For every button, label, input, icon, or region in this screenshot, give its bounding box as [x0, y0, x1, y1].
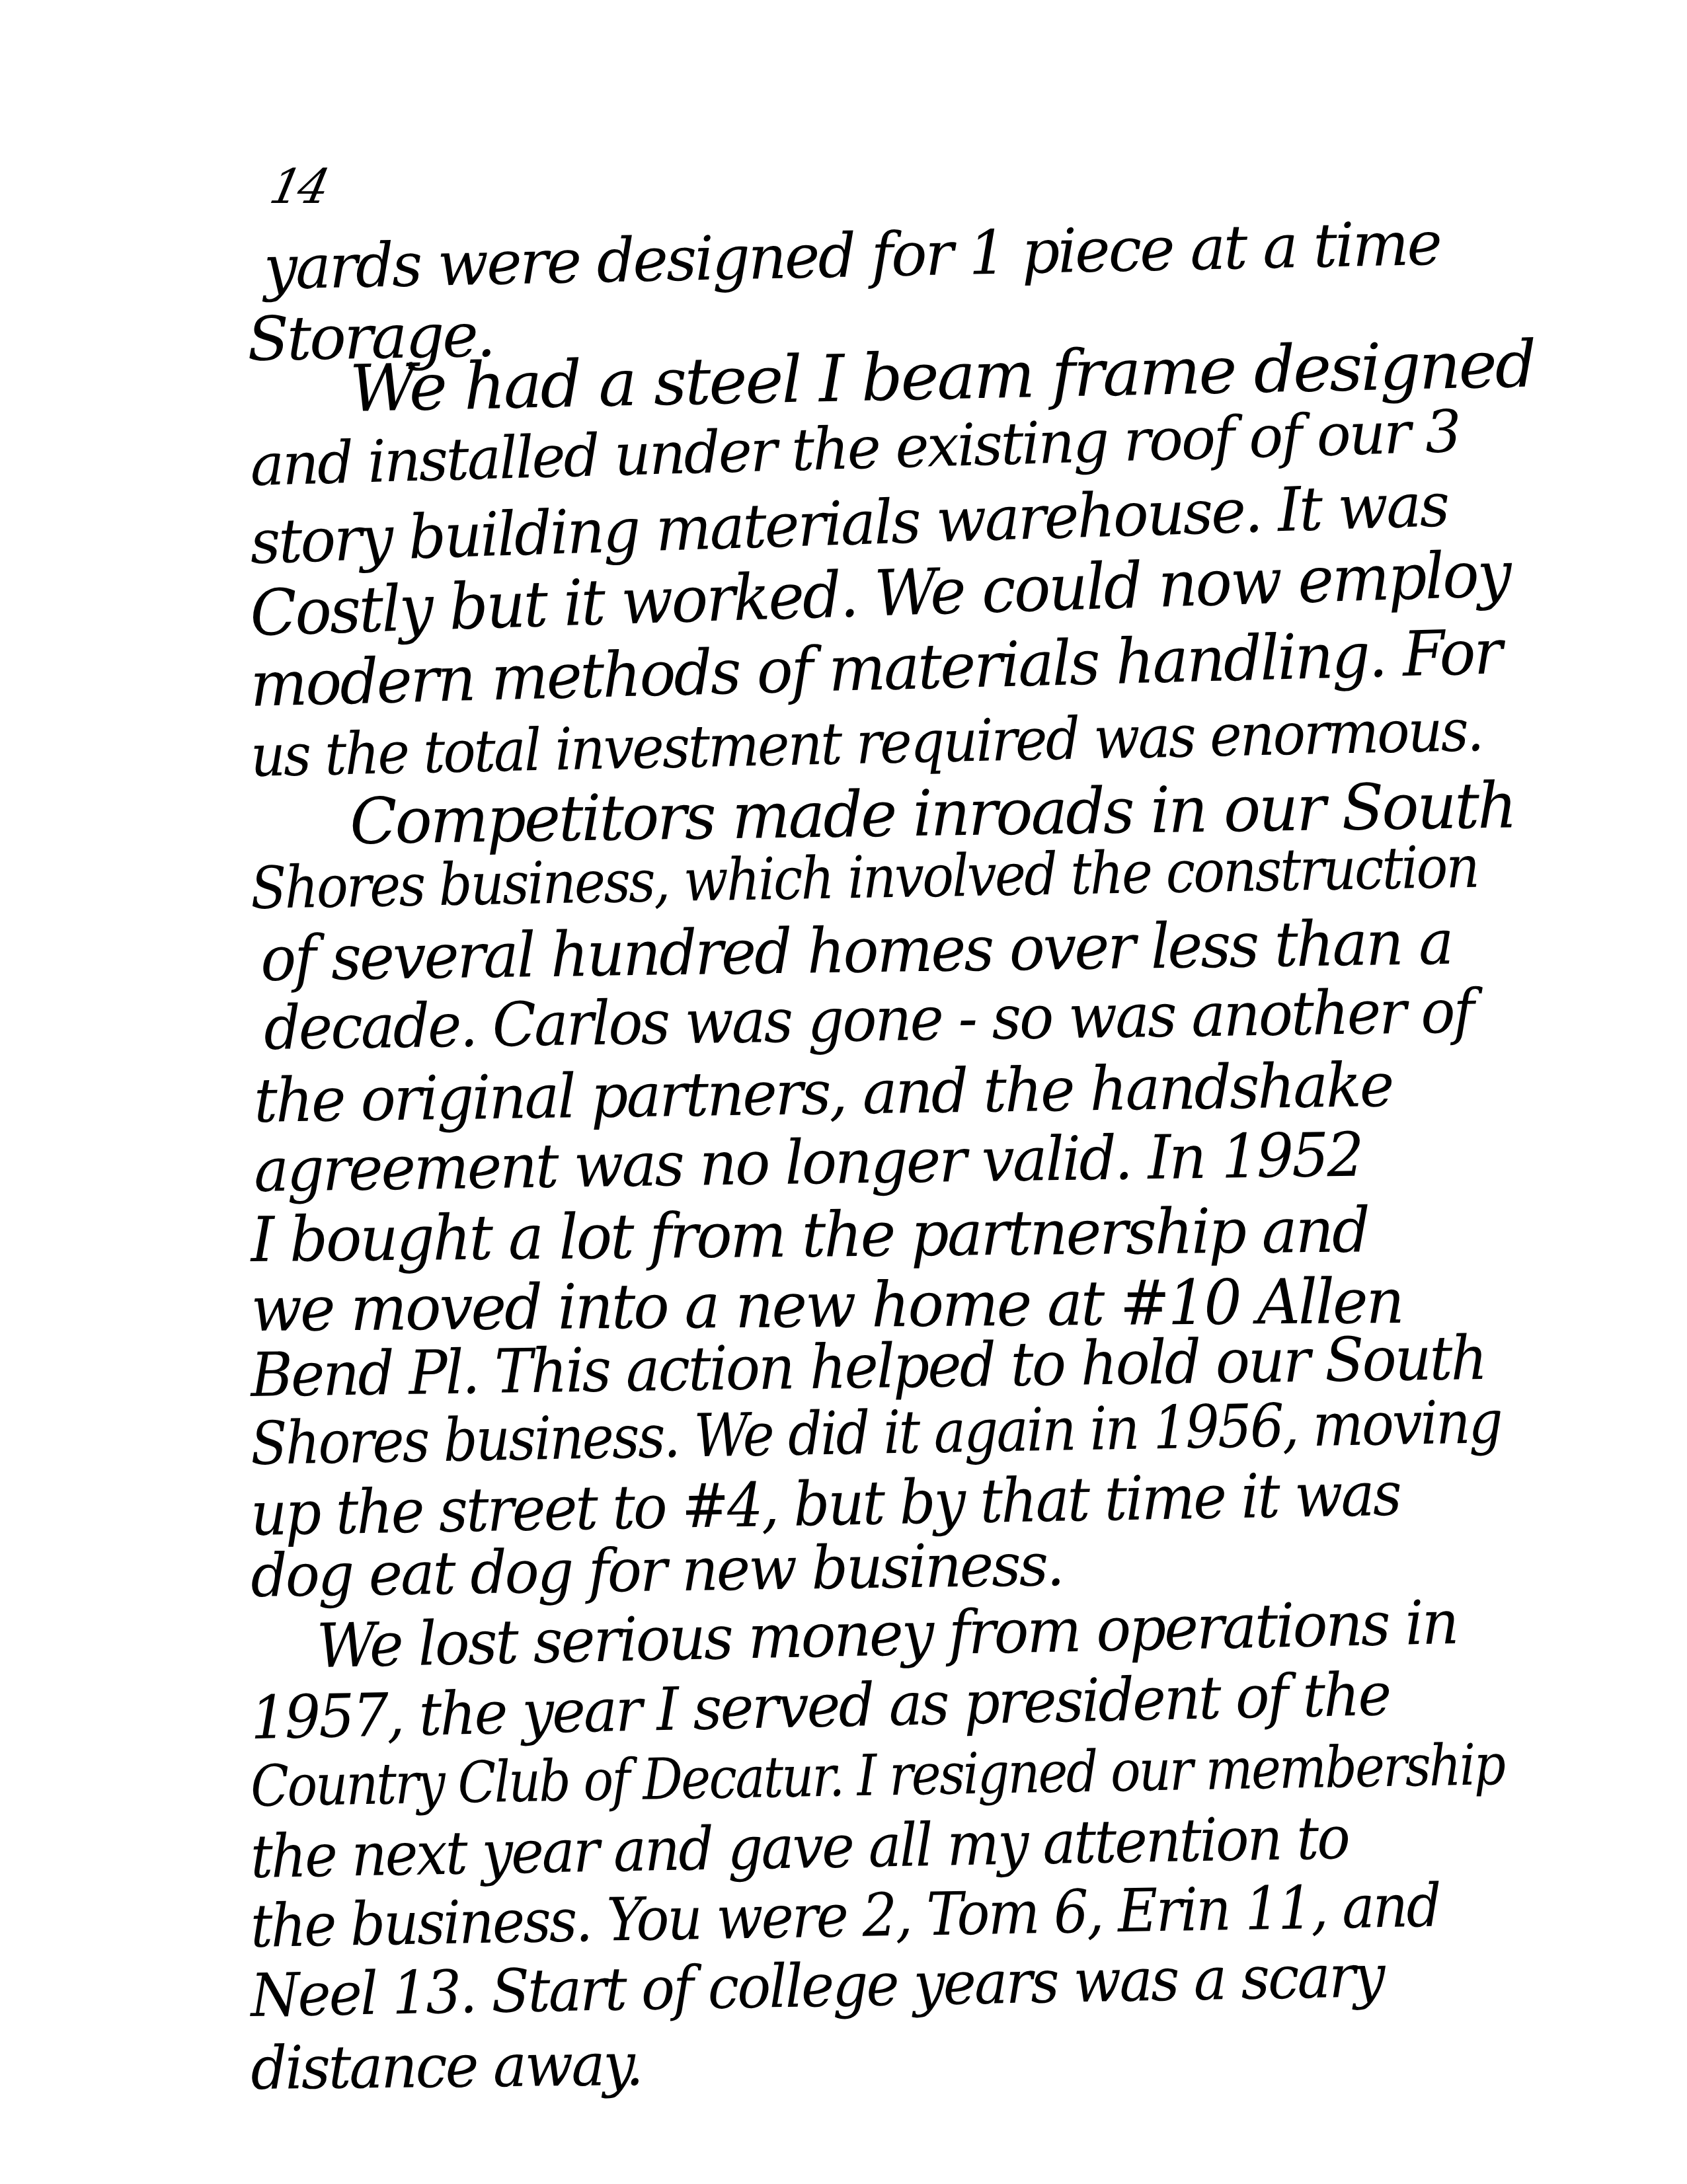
- text-line: I bought a lot from the partnership and: [251, 1200, 1368, 1272]
- text-line: the original partners, and the handshake: [254, 1055, 1393, 1132]
- text-line: Neel 13. Start of college years was a sc…: [250, 1947, 1384, 2026]
- page-number: 14: [265, 159, 332, 214]
- handwritten-page: 14 yards were designed for 1 piece at a …: [0, 0, 1687, 2184]
- text-line: up the street to #4, but by that time it…: [250, 1464, 1400, 1545]
- text-line: dog eat dog for new business.: [251, 1536, 1063, 1606]
- text-line: agreement was no longer valid. In 1952: [254, 1125, 1363, 1201]
- text-line: yards were designed for 1 piece at a tim…: [263, 214, 1441, 299]
- text-line: distance away.: [251, 2035, 642, 2099]
- text-line: decade. Carlos was gone - so was another…: [264, 981, 1473, 1059]
